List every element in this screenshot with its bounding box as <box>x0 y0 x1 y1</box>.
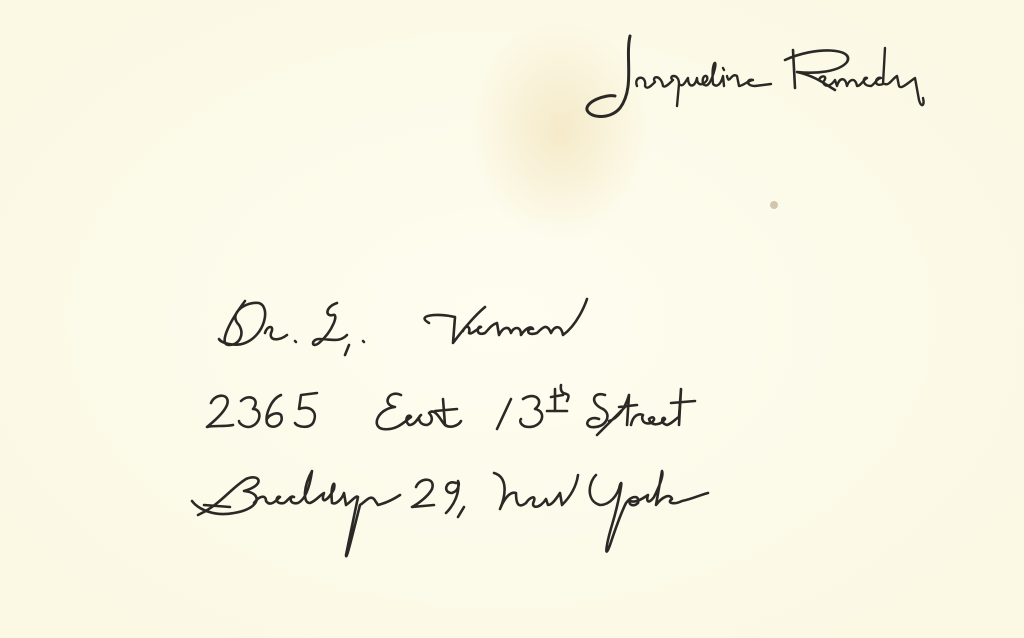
paper-speck <box>770 201 778 209</box>
recipient-city-state: Brooklyn 29, New York <box>190 465 830 565</box>
envelope: Jacqueline Kennedy Dr. L. Vroman 2365 Ea <box>0 0 1024 638</box>
recipient-street: 2365 East 13th Street <box>205 385 795 455</box>
signature-strokes <box>585 28 960 123</box>
recipient-name: Dr. L. Vroman <box>215 295 665 365</box>
sender-signature: Jacqueline Kennedy <box>585 28 960 123</box>
recipient-street-strokes <box>205 385 795 455</box>
recipient-name-strokes <box>215 295 665 365</box>
recipient-city-state-strokes <box>190 465 830 565</box>
